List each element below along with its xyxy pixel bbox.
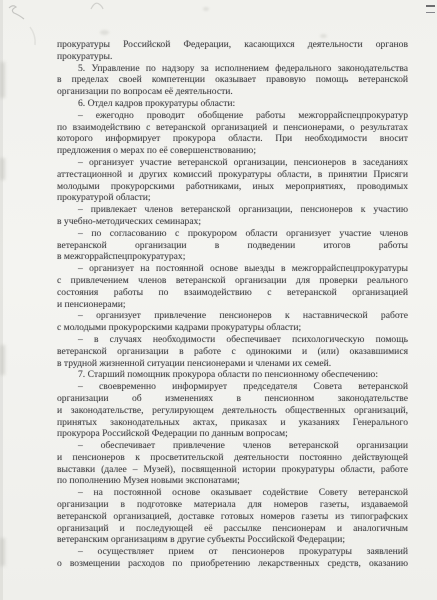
text-line: организаций и последующей её рассылке пе… bbox=[57, 523, 408, 535]
text-line: о возмещении расходов по приобретению ле… bbox=[57, 558, 408, 570]
text-line: прокуратурой области; bbox=[57, 192, 408, 204]
text-line: в пределах своей компетенции оказывает п… bbox=[57, 74, 408, 86]
text-line: – организует на постоянной основе выезды… bbox=[57, 263, 408, 275]
text-line: предложения о мерах по её совершенствова… bbox=[57, 145, 408, 157]
scan-edge-smudge bbox=[0, 158, 5, 180]
text-line: состояния работы по взаимодействию с вет… bbox=[57, 287, 408, 299]
text-line: которого информирует прокурора области. … bbox=[57, 133, 408, 145]
text-line: организации об изменениях в пенсионном з… bbox=[57, 393, 408, 405]
text-line: ветеранской организации в подведении ито… bbox=[57, 240, 408, 252]
text-line: ветеранским организациям в другие субъек… bbox=[57, 534, 408, 546]
text-line: в межгоррайспецпрокуратурах; bbox=[57, 251, 408, 263]
text-line: с молодыми прокурорскими кадрами прокура… bbox=[57, 322, 408, 334]
paper-speck bbox=[320, 34, 327, 38]
text-line: – привлекает членов ветеранской организа… bbox=[57, 204, 408, 216]
text-line: организации в подготовке материала для н… bbox=[57, 499, 408, 511]
faint-stray-mark bbox=[27, 25, 39, 47]
scan-edge-smudge bbox=[0, 62, 5, 98]
text-line: в трудной жизненной ситуации пенсионерам… bbox=[57, 358, 408, 370]
scan-edge-smudge bbox=[0, 345, 5, 375]
text-line: организации по вопросам её деятельности. bbox=[57, 86, 408, 98]
text-line: и пенсионерами; bbox=[57, 299, 408, 311]
text-line: прокуратуры. bbox=[57, 51, 408, 63]
text-line: – по согласованию с прокурором области о… bbox=[57, 228, 408, 240]
text-line: с привлечением членов ветеранской органи… bbox=[57, 275, 408, 287]
document-body: прокуратуры Российской Федерации, касающ… bbox=[57, 39, 408, 570]
scan-edge-smudge bbox=[0, 538, 5, 566]
text-line: 5. Управление по надзору за исполнением … bbox=[57, 63, 408, 75]
text-line: молодыми прокурорскими работниками, иных… bbox=[57, 181, 408, 193]
pencil-dash-mark bbox=[89, 0, 105, 12]
text-line: – в случаях необходимости обеспечивает п… bbox=[57, 334, 408, 346]
text-line: – осуществляет прием от пенсионеров прок… bbox=[57, 546, 408, 558]
text-line: по пополнению Музея новыми экспонатами; bbox=[57, 475, 408, 487]
text-line: – организует привлечение пенсионеров к н… bbox=[57, 310, 408, 322]
text-line: и законодательстве, регулирующем деятель… bbox=[57, 405, 408, 417]
text-line: аттестационной и других комиссий прокура… bbox=[57, 169, 408, 181]
text-line: прокуратуры Российской Федерации, касающ… bbox=[57, 39, 408, 51]
text-line: – обеспечивает привлечение членов ветера… bbox=[57, 440, 408, 452]
text-line: – организует участие ветеранской организ… bbox=[57, 157, 408, 169]
document-page: прокуратуры Российской Федерации, касающ… bbox=[0, 0, 437, 600]
text-line: и пенсионеров к просветительской деятель… bbox=[57, 452, 408, 464]
text-line: 7. Старший помощник прокурора области по… bbox=[57, 369, 408, 381]
text-line: – на постоянной основе оказывает содейст… bbox=[57, 487, 408, 499]
text-line: в учебно-методических семинарах; bbox=[57, 216, 408, 228]
paper-speck bbox=[203, 7, 209, 11]
text-line: ветеранской организацией, доставке готов… bbox=[57, 511, 408, 523]
text-line: выставки (далее – Музей), посвященной ис… bbox=[57, 464, 408, 476]
paper-speck bbox=[100, 30, 109, 35]
corner-ink-mark bbox=[426, 5, 435, 13]
text-line: ветеранской организации в работе с одино… bbox=[57, 346, 408, 358]
text-line: прокурора Российской Федерации по данным… bbox=[57, 428, 408, 440]
text-line: – своевременно информирует председателя … bbox=[57, 381, 408, 393]
text-line: 6. Отдел кадров прокуратуры области: bbox=[57, 98, 408, 110]
text-line: – ежегодно проводит обобщение работы меж… bbox=[57, 110, 408, 122]
text-line: принятых законодательных актах, приказах… bbox=[57, 417, 408, 429]
pencil-squiggle-mark bbox=[7, 3, 31, 21]
text-line: по взаимодействию с ветеранской организа… bbox=[57, 122, 408, 134]
